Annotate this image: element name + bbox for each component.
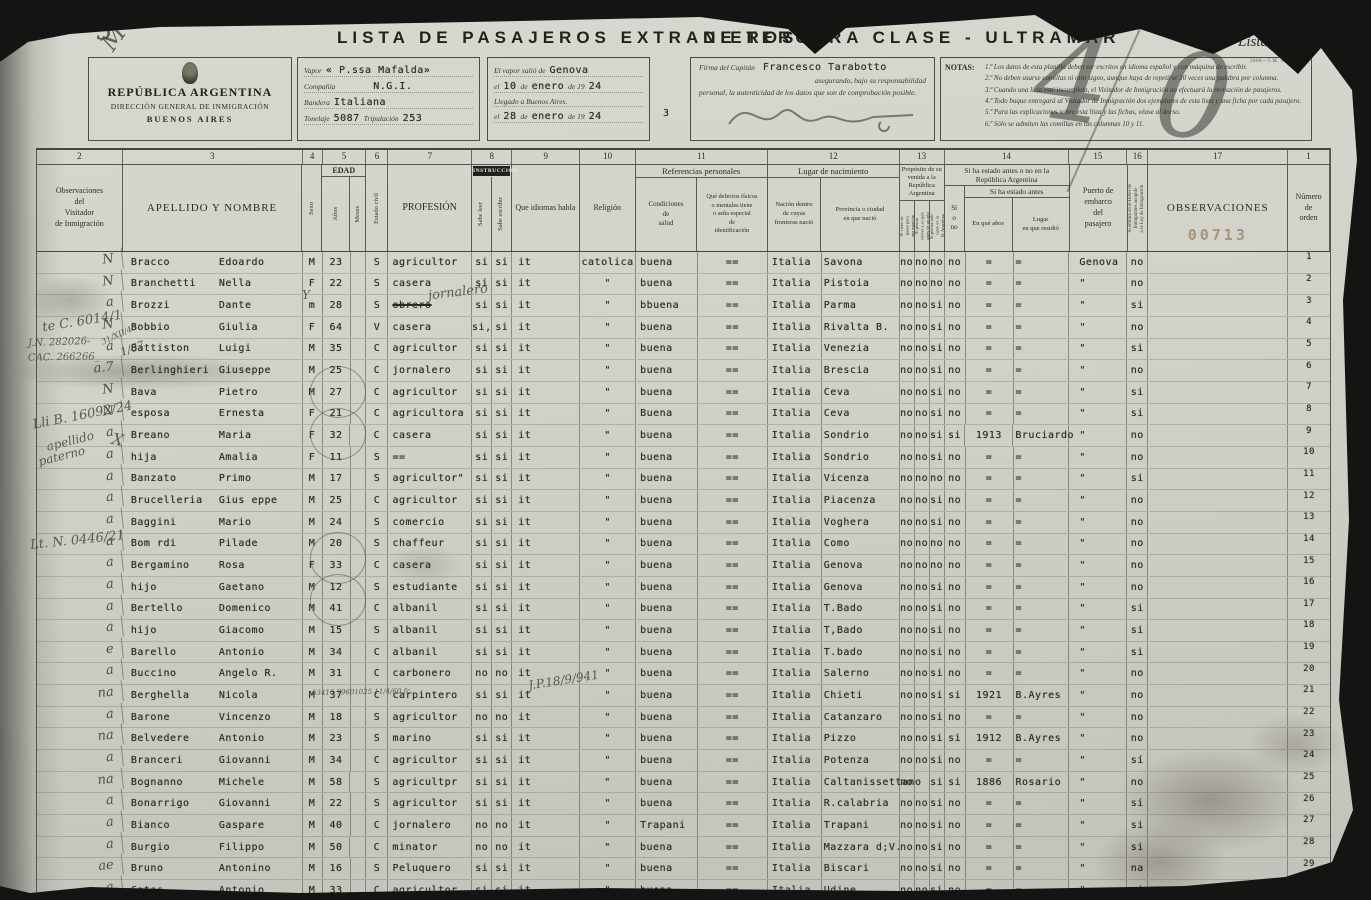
cell-leer: si xyxy=(472,447,492,468)
cell-provincia: Sondrio xyxy=(822,425,900,446)
header-idiomas: Que idiomas habla xyxy=(512,165,580,251)
cell-hotel: si xyxy=(1127,815,1148,836)
cell-civil: C xyxy=(366,750,388,771)
cell-puerto: " xyxy=(1069,295,1127,316)
cell-lugar: = xyxy=(1014,404,1070,425)
cell-p3: si xyxy=(930,707,945,728)
cell-escribir: si xyxy=(492,577,512,598)
cell-escribir: si xyxy=(492,274,512,295)
cell-nacion: Italia xyxy=(768,793,822,814)
cell-anios: = xyxy=(966,815,1014,836)
cell-escribir: si xyxy=(492,490,512,511)
nota-item: 5.ª Para las explicaciones sobre esta li… xyxy=(985,107,1305,118)
cell-sex: M xyxy=(303,880,323,900)
cell-siono: no xyxy=(945,555,966,576)
table-row: aBrozziDantem28Sobrerosisiit"bbuena==Ita… xyxy=(37,295,1330,317)
de-label2: de xyxy=(520,112,527,121)
cell-lugar: = xyxy=(1014,707,1070,728)
cell-civil: S xyxy=(366,858,388,879)
cell-years: 35 xyxy=(323,339,351,360)
cell-sex: M xyxy=(303,707,323,728)
cell-p2: no xyxy=(915,490,930,511)
cell-prof: carpintero xyxy=(388,685,472,706)
cell-lugar: = xyxy=(1014,512,1070,533)
cell-obs17 xyxy=(1148,404,1288,425)
cell-anios: = xyxy=(966,339,1014,360)
cell-leer: si xyxy=(472,252,492,273)
cell-siono: no xyxy=(945,642,966,663)
cell-escribir: si xyxy=(492,534,512,555)
cell-p3: si xyxy=(930,685,945,706)
cell-sex: M xyxy=(303,793,323,814)
cell-lugar: = xyxy=(1014,815,1070,836)
cell-siono: no xyxy=(945,880,966,900)
cell-civil: C xyxy=(366,837,388,858)
cell-leer: si xyxy=(472,577,492,598)
cell-provincia: Catanzaro xyxy=(822,707,900,728)
cell-sex: F xyxy=(303,555,323,576)
cell-defectos: == xyxy=(698,685,768,706)
cell-civil: C xyxy=(366,880,388,900)
cell-lugar: = xyxy=(1014,360,1070,381)
cell-months xyxy=(351,317,367,338)
cell-siono: no xyxy=(945,793,966,814)
cell-sex: M xyxy=(303,728,323,749)
cell-defectos: == xyxy=(698,317,768,338)
cell-defectos: == xyxy=(698,577,768,598)
tonelaje-label: Tonelaje xyxy=(304,114,330,123)
cell-obs17 xyxy=(1148,728,1288,749)
cell-nacion: Italia xyxy=(768,555,822,576)
cell-p3: si xyxy=(930,620,945,641)
cell-obs17 xyxy=(1148,707,1288,728)
cell-salud: buena xyxy=(636,642,698,663)
cell-idioma: it xyxy=(512,815,580,836)
cell-p1: no xyxy=(900,274,915,295)
cell-orden: 19 xyxy=(1288,642,1330,663)
vapor-value: « P.ssa Mafalda» xyxy=(326,65,430,76)
table-row: aBergaminoRosaF33Ccaserasisiit"buena==It… xyxy=(37,555,1330,577)
tonelaje-value: 5087 xyxy=(334,113,360,124)
cell-salud: buena xyxy=(636,555,698,576)
cell-obs17 xyxy=(1148,772,1288,793)
cell-years: 27 xyxy=(323,382,351,403)
cell-sex: M xyxy=(303,620,323,641)
cell-lugar: Bruciardo xyxy=(1013,425,1069,446)
cell-nacion: Italia xyxy=(768,469,822,490)
cell-years: 64 xyxy=(323,317,351,338)
notas-list: 1.ª Los datos de esta planilla deben ser… xyxy=(947,62,1305,130)
cell-orden: 10 xyxy=(1288,447,1330,468)
nota-item: 4.ª Todo buque entregará al Visitador de… xyxy=(985,96,1305,107)
cell-apellido-nombre: BurgioFilippo xyxy=(123,837,303,858)
cell-salud: buena xyxy=(636,382,698,403)
cell-defectos: == xyxy=(698,295,768,316)
cell-anios: = xyxy=(966,858,1014,879)
cell-anios: = xyxy=(966,663,1014,684)
cell-escribir: si xyxy=(492,317,512,338)
cell-religion: " xyxy=(580,360,636,381)
cell-p1: no xyxy=(900,360,915,381)
cell-prof: carbonero xyxy=(388,663,472,684)
cell-apellido-nombre: BagginiMario xyxy=(123,512,303,533)
llegado-label: Llegado a Buenos Aires. xyxy=(494,97,567,106)
cell-religion: " xyxy=(580,425,636,446)
cell-siono: no xyxy=(945,469,966,490)
cell-hotel: no xyxy=(1127,512,1148,533)
cell-years: 31 xyxy=(323,663,351,684)
cell-siono: no xyxy=(945,837,966,858)
cell-provincia: Brescia xyxy=(822,360,900,381)
cell-puerto: " xyxy=(1069,360,1127,381)
cell-salud: buena xyxy=(636,858,698,879)
cell-p2: no xyxy=(915,512,930,533)
cell-idioma: it xyxy=(512,490,580,511)
cell-defectos: == xyxy=(698,707,768,728)
cell-puerto: " xyxy=(1069,599,1127,620)
cell-siono: no xyxy=(945,274,966,295)
cell-obs17 xyxy=(1148,837,1288,858)
cell-siono: no xyxy=(945,512,966,533)
cell-nacion: Italia xyxy=(768,577,822,598)
cell-puerto: " xyxy=(1069,577,1127,598)
cell-nacion: Italia xyxy=(768,599,822,620)
cell-religion: " xyxy=(580,815,636,836)
cell-years: 22 xyxy=(323,793,351,814)
cell-defectos: == xyxy=(698,252,768,273)
cell-years: 24 xyxy=(323,512,351,533)
cell-sex: m xyxy=(303,295,323,316)
cell-hotel: no xyxy=(1127,425,1148,446)
cell-religion: " xyxy=(580,772,636,793)
cell-religion: " xyxy=(580,274,636,295)
cell-provincia: Trapani xyxy=(822,815,900,836)
cell-provincia: Biscari xyxy=(822,858,900,879)
cell-salud: buena xyxy=(636,837,698,858)
cell-salud: buena xyxy=(636,425,698,446)
cell-anios: = xyxy=(966,880,1014,900)
cell-p3: no xyxy=(930,469,945,490)
cell-defectos: == xyxy=(698,663,768,684)
cell-puerto: " xyxy=(1069,750,1127,771)
cell-lugar: = xyxy=(1014,858,1070,879)
cell-leer: si, xyxy=(472,317,492,338)
cell-salud: buena xyxy=(636,360,698,381)
table-row: ahijoGiacomoM15Salbanilsisiit"buena==Ita… xyxy=(37,620,1330,642)
table-row: eBarelloAntonioM34Calbanilsisiit"buena==… xyxy=(37,642,1330,664)
cell-hotel: sí xyxy=(1127,750,1148,771)
cell-orden: 1 xyxy=(1288,252,1330,273)
table-row: aBuccinoAngelo R.M31Ccarbonerononoit"bue… xyxy=(37,663,1330,685)
cell-lugar: B.Ayres xyxy=(1014,728,1070,749)
cell-lugar: = xyxy=(1014,642,1070,663)
cell-siono: no xyxy=(945,252,966,273)
cell-idioma: it xyxy=(512,642,580,663)
cell-obs17 xyxy=(1148,512,1288,533)
cell-p1: no xyxy=(900,793,915,814)
cell-leer: si xyxy=(472,620,492,641)
cell-p2: no xyxy=(915,707,930,728)
cell-religion: " xyxy=(580,534,636,555)
cell-idioma: it xyxy=(512,404,580,425)
cell-hotel: si xyxy=(1127,837,1148,858)
cell-sex: F xyxy=(303,274,323,295)
cell-nacion: Italia xyxy=(768,274,822,295)
cell-p1: no xyxy=(900,750,915,771)
cell-religion: " xyxy=(580,707,636,728)
cell-puerto: " xyxy=(1069,382,1127,403)
cell-hotel: no xyxy=(1127,490,1148,511)
cell-sex: M xyxy=(303,490,323,511)
cell-salud: bbuena xyxy=(636,295,698,316)
table-row: ahijoGaetanoM12Sestudiantesisiit"buena==… xyxy=(37,577,1330,599)
cell-hotel: na xyxy=(1127,858,1148,879)
cell-nacion: Italia xyxy=(768,339,822,360)
cell-hotel: si xyxy=(1127,642,1148,663)
cell-religion: " xyxy=(580,685,636,706)
cell-p1: no xyxy=(900,447,915,468)
cell-p3: si xyxy=(930,339,945,360)
cell-defectos: == xyxy=(698,599,768,620)
header-profesion: PROFESIÓN xyxy=(388,165,472,251)
cell-apellido-nombre: BonarrigoGiovanni xyxy=(123,793,303,814)
cell-prof: casera xyxy=(388,274,472,295)
cell-months xyxy=(351,512,367,533)
cell-obs17 xyxy=(1148,447,1288,468)
cell-nacion: Italia xyxy=(768,772,822,793)
cell-orden: 23 xyxy=(1288,728,1330,749)
cell-p1: no xyxy=(900,555,915,576)
cell-provincia: Ceva xyxy=(822,404,900,425)
cell-sex: M xyxy=(303,469,323,490)
cell-siono: no xyxy=(945,599,966,620)
cell-salud: buena xyxy=(636,599,698,620)
cell-apellido-nombre: BraccoEdoardo xyxy=(123,252,303,273)
cell-hotel: si xyxy=(1127,469,1148,490)
cell-apellido-nombre: BrunoAntonino xyxy=(123,858,303,879)
cell-obs17 xyxy=(1148,858,1288,879)
cell-idioma: it xyxy=(512,252,580,273)
cell-p2: no xyxy=(915,642,930,663)
cell-p1: no xyxy=(900,642,915,663)
bandera-label: Bandera xyxy=(304,98,330,107)
cell-months xyxy=(351,490,367,511)
cell-p2: no xyxy=(915,295,930,316)
cell-provincia: Genova xyxy=(822,577,900,598)
cell-obs17 xyxy=(1148,880,1288,900)
de-label: de xyxy=(520,82,527,91)
cell-prof: agricultor xyxy=(388,750,472,771)
salio-year: 24 xyxy=(589,81,602,92)
cell-prof: casera xyxy=(388,425,472,446)
header-instruccion-group: INSTRUCCIÓN Sabe leer Sabe escribir xyxy=(472,165,512,251)
firma-label: Firma del Capitán xyxy=(699,63,755,72)
cell-escribir: si xyxy=(492,404,512,425)
cell-months xyxy=(351,663,367,684)
cell-anios: = xyxy=(966,642,1014,663)
cell-p3: si xyxy=(930,663,945,684)
header-edad-group: EDAD Años Meses xyxy=(322,165,366,251)
cell-idioma: it xyxy=(512,577,580,598)
cell-apellido-nombre: BrucelleriaGius eppe xyxy=(123,490,303,511)
cell-sex: M xyxy=(303,685,323,706)
cell-p3: si xyxy=(930,490,945,511)
cell-orden: 13 xyxy=(1288,512,1330,533)
cell-p2: no xyxy=(915,858,930,879)
cell-nacion: Italia xyxy=(768,512,822,533)
cell-idioma: it xyxy=(512,317,580,338)
cell-obs17 xyxy=(1148,642,1288,663)
cell-civil: C xyxy=(366,360,388,381)
cell-hotel: no xyxy=(1127,447,1148,468)
cell-anios: = xyxy=(966,793,1014,814)
cell-puerto: " xyxy=(1069,447,1127,468)
cell-nacion: Italia xyxy=(768,317,822,338)
cell-years: 12 xyxy=(323,577,351,598)
cell-defectos: == xyxy=(698,512,768,533)
cell-nacion: Italia xyxy=(768,360,822,381)
cell-years: 58 xyxy=(323,772,351,793)
cell-lugar: = xyxy=(1014,469,1070,490)
column-number: 3 xyxy=(123,150,303,164)
table-row: aBiancoGaspareM40Cjornalerononoit"Trapan… xyxy=(37,815,1330,837)
cell-p2: no xyxy=(915,577,930,598)
header-estado-civil: Estado civil xyxy=(366,165,388,251)
header-religion: Religión xyxy=(580,165,636,251)
cell-p3: si xyxy=(930,815,945,836)
cell-religion: " xyxy=(580,512,636,533)
cell-nacion: Italia xyxy=(768,728,822,749)
cell-provincia: Pizzo xyxy=(822,728,900,749)
sheet-number: 3 xyxy=(663,108,670,119)
cell-p3: si xyxy=(930,837,945,858)
cell-orden: 20 xyxy=(1288,663,1330,684)
cell-orden: 18 xyxy=(1288,620,1330,641)
cell-defectos: == xyxy=(698,490,768,511)
captain-line2: asegurando, bajo su responsabilidad xyxy=(699,76,926,85)
cell-defectos: == xyxy=(698,642,768,663)
cell-prof: minator xyxy=(388,837,472,858)
cell-escribir: si xyxy=(492,339,512,360)
cell-prof: agricultor" xyxy=(388,469,472,490)
cell-p1: no xyxy=(900,295,915,316)
cell-provincia: Caltanissettano xyxy=(822,772,900,793)
cell-leer: no xyxy=(472,707,492,728)
cell-provincia: Vicenza xyxy=(822,469,900,490)
cell-years: 15 xyxy=(323,620,351,641)
cell-puerto: " xyxy=(1069,793,1127,814)
cell-years: 40 xyxy=(323,815,351,836)
cell-sex: F xyxy=(303,317,323,338)
cell-orden: 5 xyxy=(1288,339,1330,360)
cell-provincia: Salerno xyxy=(822,663,900,684)
cell-p3: si xyxy=(930,382,945,403)
document-paper: LISTA DE PASAJEROS EXTRANIEROS DE TERCER… xyxy=(0,0,1371,900)
cell-sex: M xyxy=(303,382,323,403)
cell-years: 34 xyxy=(323,750,351,771)
nota-item: 6.ª Sólo se admiten las comillas en las … xyxy=(985,119,1305,130)
cell-lugar: B.Ayres xyxy=(1014,685,1070,706)
cell-puerto: " xyxy=(1069,880,1127,900)
cell-apellido-nombre: BelvedereAntonio xyxy=(123,728,303,749)
table-row: aBagginiMarioM24Scomerciosisiit"buena==I… xyxy=(37,512,1330,534)
cell-nacion: Italia xyxy=(768,685,822,706)
header-apellido-nombre: APELLIDO Y NOMBRE xyxy=(123,165,303,251)
cell-salud: buena xyxy=(636,469,698,490)
cell-religion: catolica xyxy=(580,252,636,273)
cell-civil: S xyxy=(366,469,388,490)
cell-provincia: Sondrio xyxy=(822,447,900,468)
bandera-value: Italiana xyxy=(334,97,386,108)
table-row: NBobbioGiuliaF64Vcaserasi,siit"buena==It… xyxy=(37,317,1330,339)
cell-leer: si xyxy=(472,793,492,814)
table-row: NesposaErnestaF21Cagricultorasisiit"Buen… xyxy=(37,404,1330,426)
org-country: REPÚBLICA ARGENTINA xyxy=(89,85,291,100)
cell-anios: 1912 xyxy=(966,728,1014,749)
cell-orden: 8 xyxy=(1288,404,1330,425)
cell-apellido-nombre: BergaminoRosa xyxy=(123,555,303,576)
cell-orden: 22 xyxy=(1288,707,1330,728)
cell-salud: Trapani xyxy=(636,815,698,836)
column-number: 4 xyxy=(303,150,323,164)
cell-nacion: Italia xyxy=(768,295,822,316)
cell-hotel: si xyxy=(1127,793,1148,814)
cell-nacion: Italia xyxy=(768,404,822,425)
cell-lugar: = xyxy=(1014,382,1070,403)
header-sexo: Sexo xyxy=(302,165,322,251)
cell-months xyxy=(350,772,366,793)
lleg-month: enero xyxy=(532,111,565,122)
table-row: aBattistonLuigiM35Cagricultorsisiit"buen… xyxy=(37,339,1330,361)
cell-escribir: si xyxy=(492,685,512,706)
cell-p1: no xyxy=(900,880,915,900)
cell-defectos: == xyxy=(698,858,768,879)
cell-salud: buena xyxy=(636,252,698,273)
cell-obs17 xyxy=(1148,252,1288,273)
cell-leer: si xyxy=(472,555,492,576)
cell-nacion: Italia xyxy=(768,490,822,511)
cell-escribir: si xyxy=(492,793,512,814)
stamp-number: 00713 xyxy=(1148,225,1287,245)
cell-escribir: si xyxy=(492,620,512,641)
cell-siono: no xyxy=(945,534,966,555)
column-number: 16 xyxy=(1127,150,1148,164)
cell-anios: = xyxy=(966,534,1014,555)
cell-hotel: no xyxy=(1127,685,1148,706)
cell-obs17 xyxy=(1148,663,1288,684)
cell-hotel: no xyxy=(1127,707,1148,728)
cell-sex: M xyxy=(303,837,323,858)
salio-day: 10 xyxy=(503,81,516,92)
cell-lugar: = xyxy=(1014,880,1070,900)
cell-civil: C xyxy=(366,382,388,403)
cell-sex: M xyxy=(303,858,323,879)
cell-obs17 xyxy=(1148,317,1288,338)
cell-prof: albanil xyxy=(388,642,472,663)
cell-idioma: it xyxy=(512,685,580,706)
cell-civil: C xyxy=(366,425,388,446)
cell-salud: buena xyxy=(636,274,698,295)
nota-item: 1.ª Los datos de esta planilla deben ser… xyxy=(985,62,1305,73)
cell-obs17 xyxy=(1148,620,1288,641)
cell-lugar: Rosario xyxy=(1014,772,1070,793)
cell-idioma: it xyxy=(512,469,580,490)
compania-value: N.G.I. xyxy=(373,81,412,92)
cell-religion: " xyxy=(580,469,636,490)
cell-apellido-nombre: hijaAmalia xyxy=(123,447,303,468)
column-number: 15 xyxy=(1069,150,1127,164)
cell-months xyxy=(351,382,367,403)
